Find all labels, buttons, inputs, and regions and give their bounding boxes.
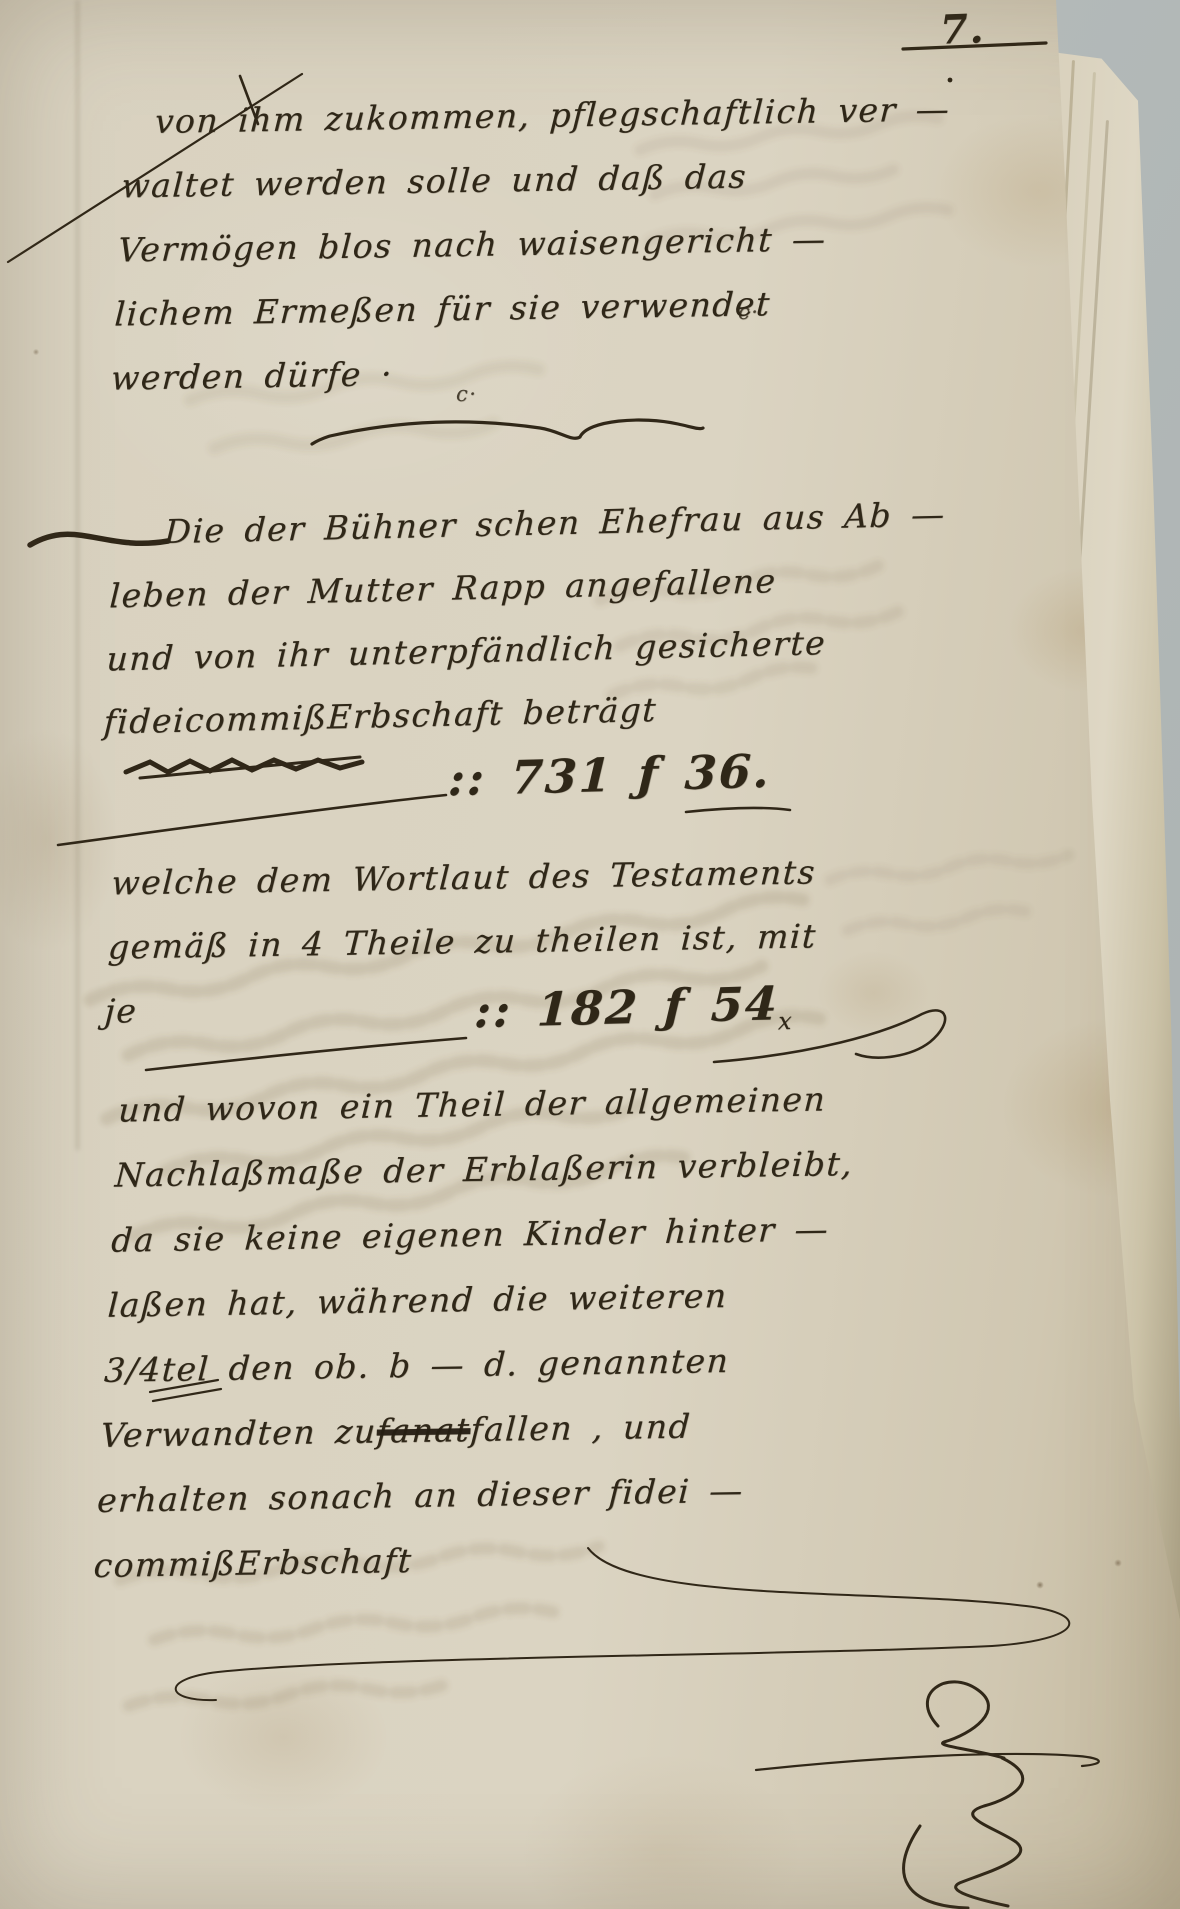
manuscript-page: 7. von ihm zukommen, pflegschaftlich ver… [0, 0, 1180, 1909]
manuscript-photo: 7. von ihm zukommen, pflegschaftlich ver… [0, 0, 1180, 1909]
paper-vignette [0, 0, 1180, 1909]
